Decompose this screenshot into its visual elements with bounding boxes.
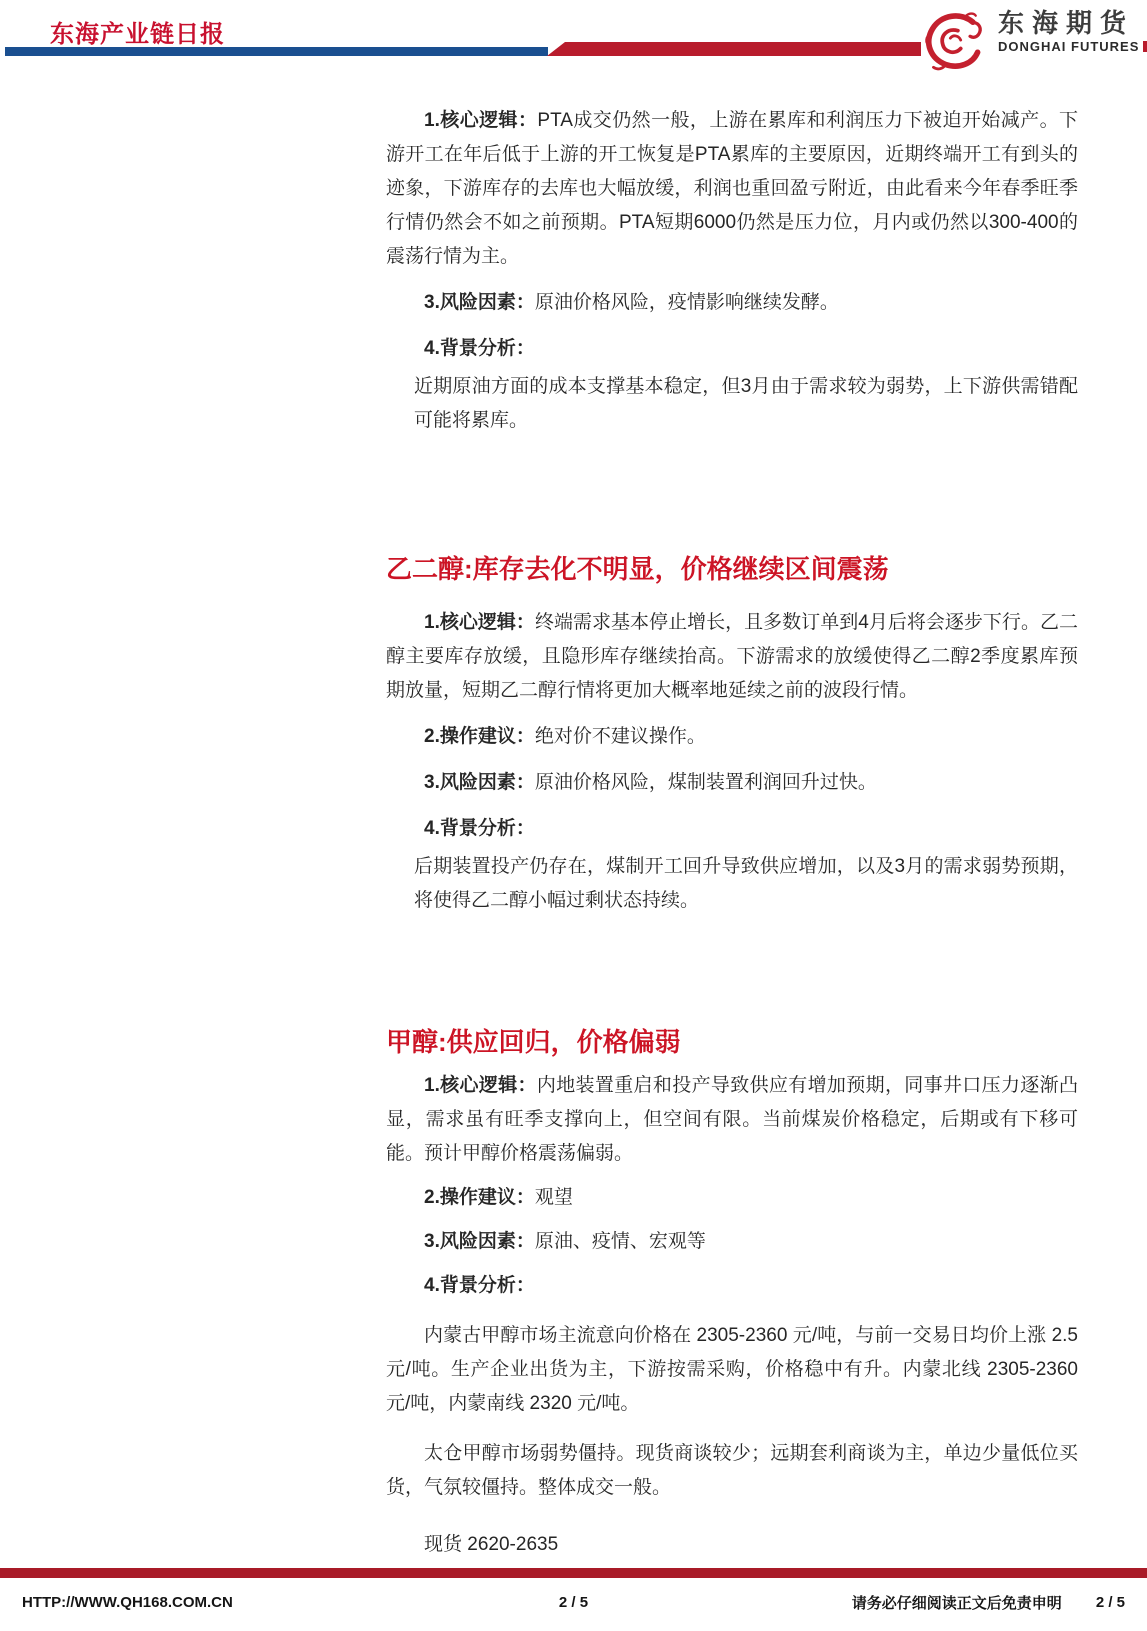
section-heading-methanol: 甲醇:供应回归，价格偏弱 <box>386 1023 1078 1061</box>
section-meg: 乙二醇:库存去化不明显，价格继续区间震荡 1.核心逻辑：终端需求基本停止增长，且… <box>386 550 1078 918</box>
section-methanol: 甲醇:供应回归，价格偏弱 1.核心逻辑：内地装置重启和投产导致供应有增加预期，同… <box>386 1023 1078 1562</box>
item-operation-advice: 2.操作建议：观望 <box>386 1181 1078 1215</box>
footer-url[interactable]: HTTP://WWW.QH168.COM.CN <box>22 1594 233 1611</box>
item-label: 2.操作建议： <box>424 1187 535 1208</box>
item-label: 1.核心逻辑： <box>424 612 535 633</box>
report-page: 东海产业链日报 东海期货 DONGHAI FUTURES <box>0 0 1147 1631</box>
item-core-logic: 1.核心逻辑：PTA成交仍然一般，上游在累库和利润压力下被迫开始减产。下游开工在… <box>386 104 1078 274</box>
section-heading-meg: 乙二醇:库存去化不明显，价格继续区间震荡 <box>386 550 1078 588</box>
footer-page-number-right: 2 / 5 <box>1096 1594 1125 1611</box>
logo-name-en: DONGHAI FUTURES <box>998 39 1139 54</box>
footer-page-number-center: 2 / 5 <box>559 1594 588 1611</box>
item-text: 绝对价不建议操作。 <box>535 726 706 747</box>
item-label: 4.背景分析： <box>424 338 535 359</box>
item-label: 4.背景分析： <box>424 818 535 839</box>
header-rule-blue <box>5 47 548 56</box>
item-label: 1.核心逻辑： <box>424 1075 537 1096</box>
item-core-logic: 1.核心逻辑：终端需求基本停止增长，且多数订单到4月后将会逐步下行。乙二醇主要库… <box>386 606 1078 708</box>
background-paragraph-spot-price: 现货 2620-2635 <box>386 1528 1078 1562</box>
item-label: 4.背景分析： <box>424 1275 535 1296</box>
logo-text: 东海期货 DONGHAI FUTURES <box>998 8 1147 54</box>
background-paragraph-neimeng: 内蒙古甲醇市场主流意向价格在 2305-2360 元/吨，与前一交易日均价上涨 … <box>386 1319 1078 1421</box>
background-paragraph: 后期装置投产仍存在，煤制开工回升导致供应增加，以及3月的需求弱势预期，将使得乙二… <box>414 850 1078 918</box>
item-text: PTA成交仍然一般，上游在累库和利润压力下被迫开始减产。下游开工在年后低于上游的… <box>386 110 1078 267</box>
report-body: 1.核心逻辑：PTA成交仍然一般，上游在累库和利润压力下被迫开始减产。下游开工在… <box>386 104 1078 1562</box>
dragon-icon <box>922 10 990 72</box>
logo-red-square-icon <box>1143 41 1147 52</box>
item-core-logic: 1.核心逻辑：内地装置重启和投产导致供应有增加预期，同事井口压力逐渐凸显，需求虽… <box>386 1069 1078 1171</box>
footer-rule <box>0 1568 1147 1578</box>
item-background-analysis: 4.背景分析： <box>386 812 1078 846</box>
item-label: 1.核心逻辑： <box>424 110 537 131</box>
background-paragraph-taicang: 太仓甲醇市场弱势僵持。现货商谈较少；远期套利商谈为主，单边少量低位买货，气氛较僵… <box>386 1437 1078 1505</box>
item-label: 3.风险因素： <box>424 292 535 313</box>
item-background-analysis: 4.背景分析： <box>386 1269 1078 1303</box>
logo-name-cn: 东海期货 <box>998 8 1147 38</box>
item-label: 3.风险因素： <box>424 772 535 793</box>
section-pta: 1.核心逻辑：PTA成交仍然一般，上游在累库和利润压力下被迫开始减产。下游开工在… <box>386 104 1078 438</box>
company-logo: 东海期货 DONGHAI FUTURES <box>922 8 1147 72</box>
item-risk-factors: 3.风险因素：原油、疫情、宏观等 <box>386 1225 1078 1259</box>
footer-row: HTTP://WWW.QH168.COM.CN 2 / 5 请务必仔细阅读正文后… <box>0 1590 1147 1614</box>
item-text: 观望 <box>535 1187 573 1208</box>
report-title: 东海产业链日报 <box>50 14 225 49</box>
item-risk-factors: 3.风险因素：原油价格风险，煤制装置利润回升过快。 <box>386 766 1078 800</box>
item-risk-factors: 3.风险因素：原油价格风险，疫情影响继续发酵。 <box>386 286 1078 320</box>
item-label: 2.操作建议： <box>424 726 535 747</box>
item-label: 3.风险因素： <box>424 1231 535 1252</box>
item-background-analysis: 4.背景分析： <box>386 332 1078 366</box>
item-operation-advice: 2.操作建议：绝对价不建议操作。 <box>386 720 1078 754</box>
item-text: 原油价格风险，疫情影响继续发酵。 <box>535 292 839 313</box>
background-paragraph: 近期原油方面的成本支撑基本稳定，但3月由于需求较为弱势，上下游供需错配可能将累库… <box>414 370 1078 438</box>
footer-disclaimer: 请务必仔细阅读正文后免责申明 <box>852 1592 1062 1613</box>
footer-right-group: 请务必仔细阅读正文后免责申明 2 / 5 <box>852 1592 1125 1613</box>
item-text: 原油价格风险，煤制装置利润回升过快。 <box>535 772 877 793</box>
header-rule-red <box>547 42 921 56</box>
item-text: 原油、疫情、宏观等 <box>535 1231 706 1252</box>
